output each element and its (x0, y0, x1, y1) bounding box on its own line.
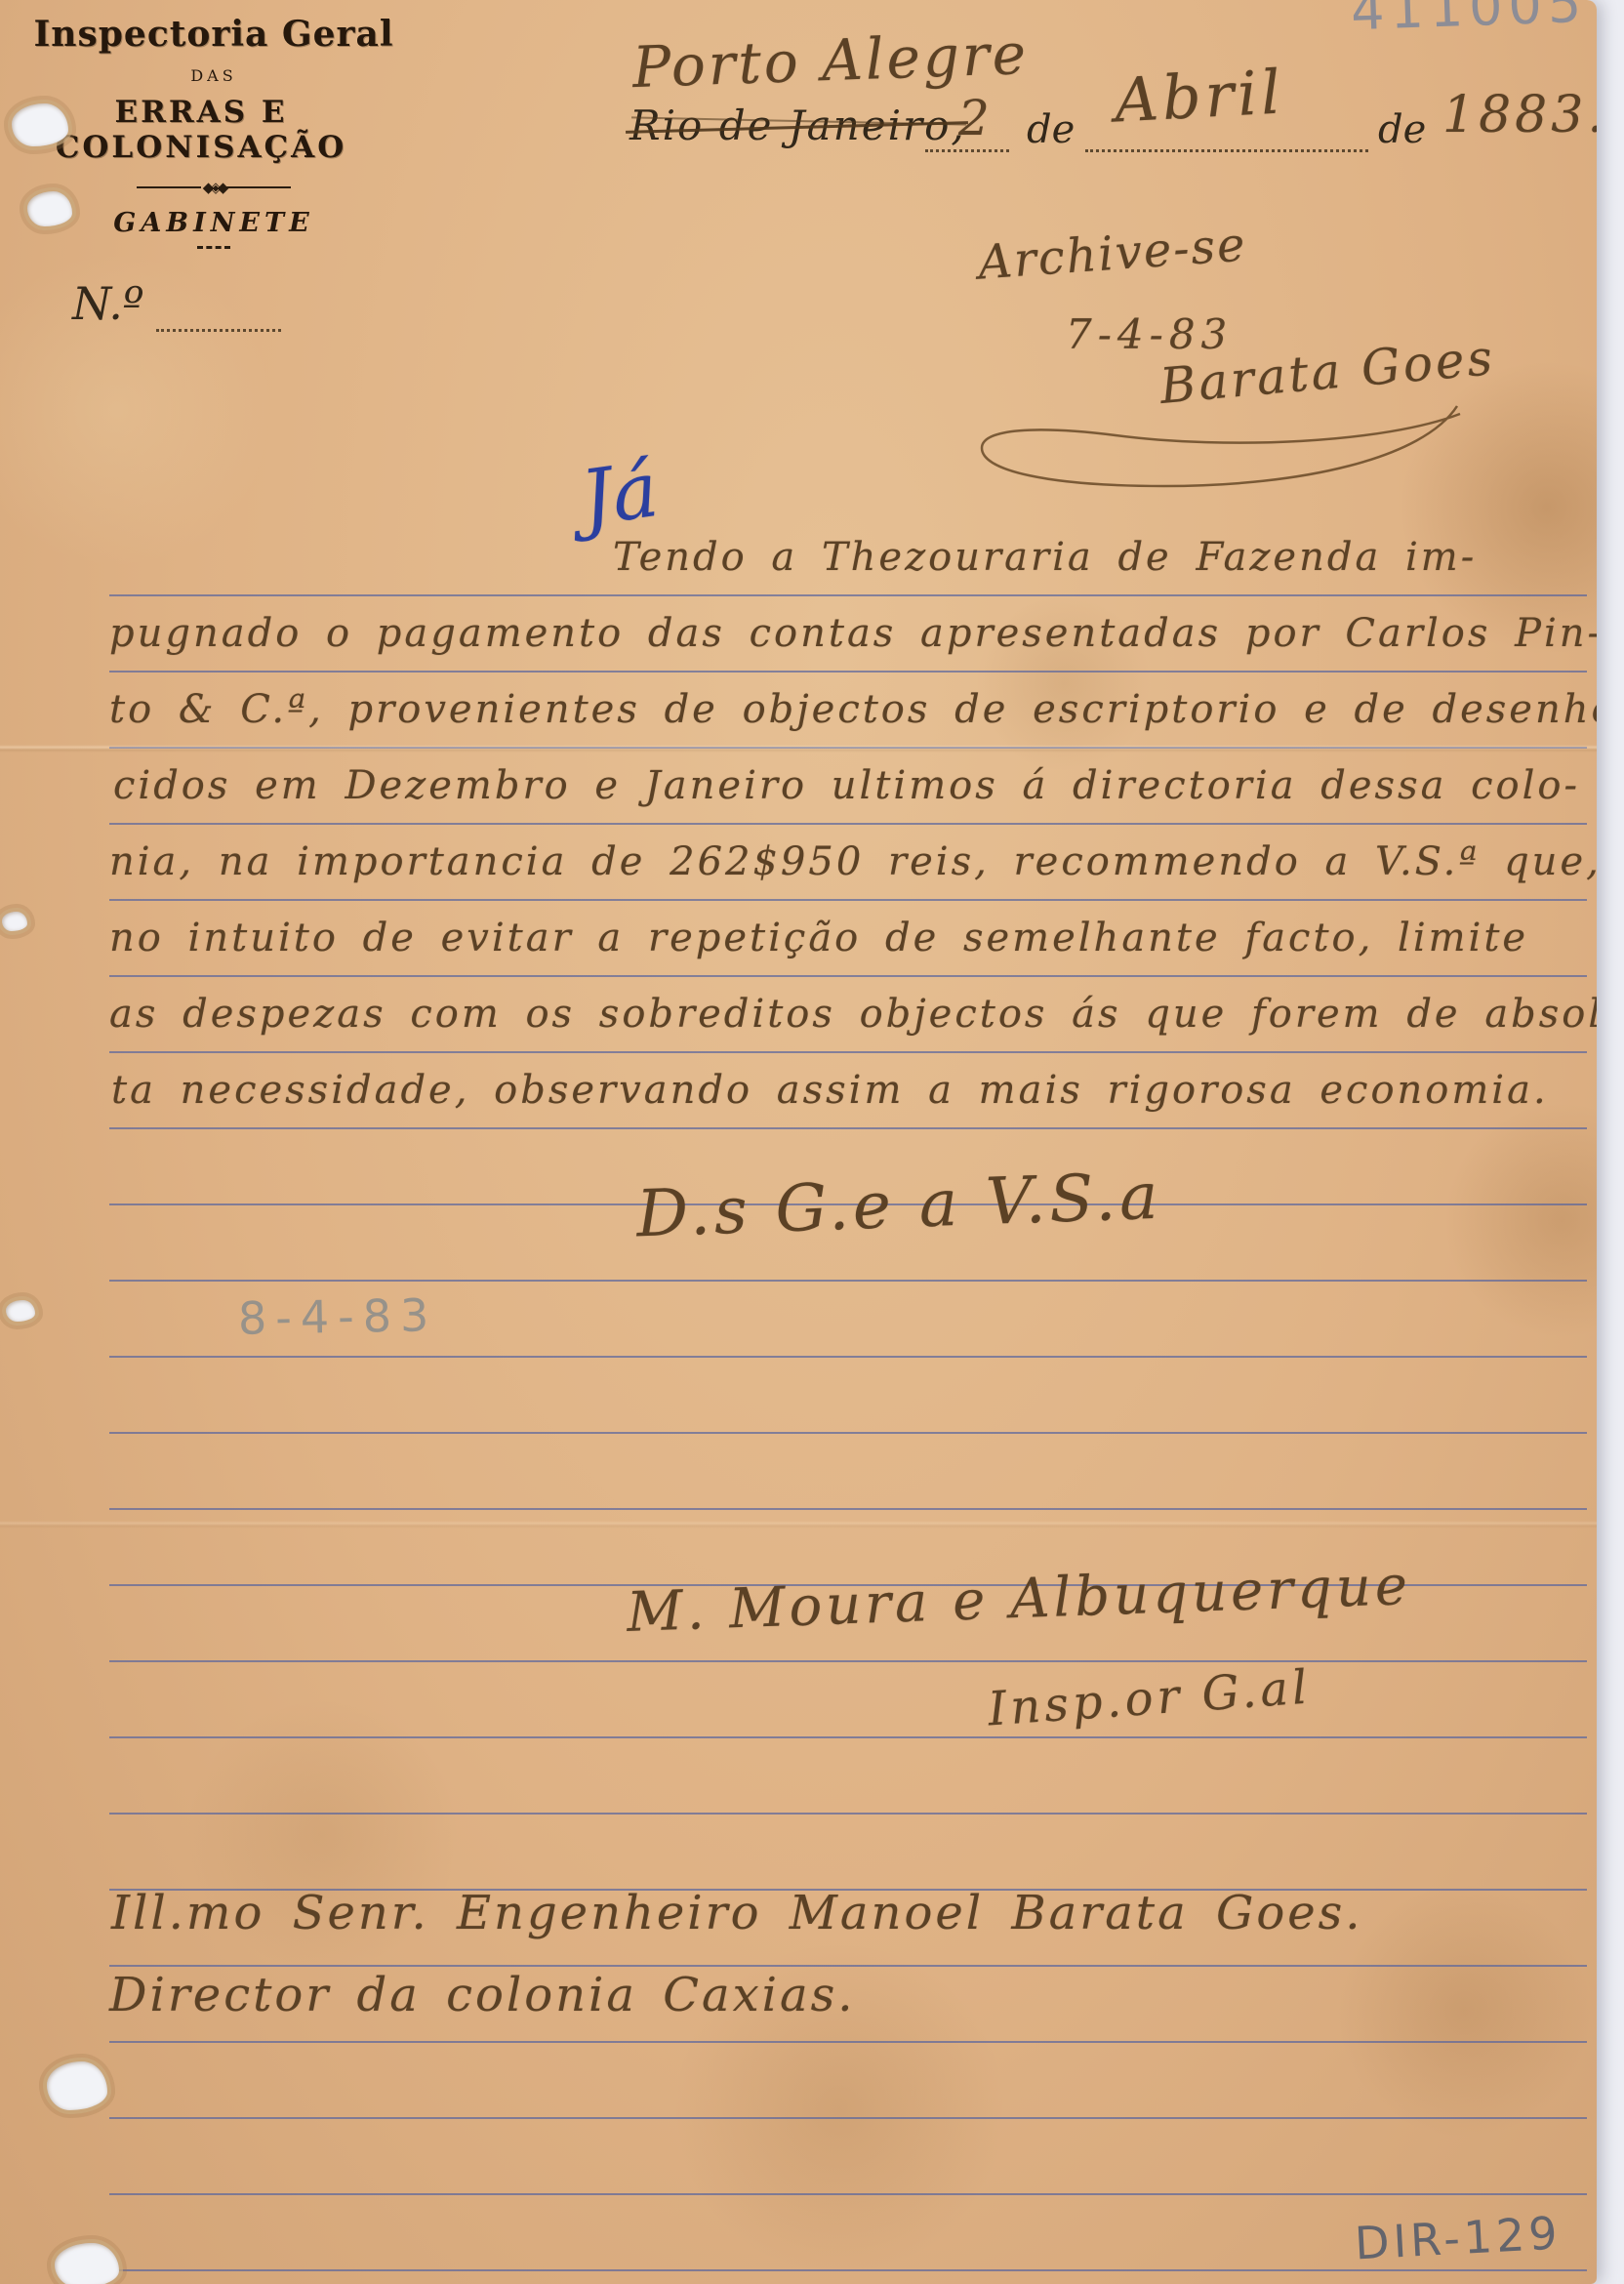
dateline-day: 2 (958, 90, 990, 146)
archive-note-date: 7-4-83 (1066, 310, 1233, 358)
body-line: Tendo a Thezouraria de Fazenda im- (613, 535, 1477, 580)
archival-code: DIR-129 (1354, 2207, 1563, 2270)
dateline-city-printed: Rio de Janeiro, (629, 102, 966, 149)
dateline-year: 1883. (1442, 86, 1597, 144)
body-line: no intuito de evitar a repetição de seme… (109, 916, 1528, 960)
pencil-date: 8-4-83 (238, 1288, 438, 1345)
archive-corner-number: 411005 (1350, 0, 1588, 42)
letterhead-title: Inspectoria Geral (0, 14, 427, 55)
fold-crease (0, 745, 1597, 753)
dateline-city-handwritten: Porto Alegre (631, 20, 1030, 101)
signature-flourish (964, 388, 1472, 506)
number-field-rule (156, 328, 281, 332)
dateline-de-2: de (1378, 107, 1426, 152)
paper-hole (6, 1300, 35, 1322)
dateline-month: Abril (1113, 57, 1285, 137)
document-page: Inspectoria Geral DAS ERRAS E COLONISAÇÃ… (0, 0, 1597, 2284)
paper-hole (55, 2243, 119, 2284)
addressee-name: Ill.mo Senr. Engenheiro Manoel Barata Go… (111, 1886, 1363, 1940)
paper-hole (47, 2061, 107, 2110)
body-line: pugnado o pagamento das contas apresenta… (109, 611, 1597, 656)
letterhead-squiggle (197, 246, 230, 249)
number-field-label: N.º (72, 277, 144, 330)
blue-ink-note: Já (576, 446, 664, 544)
body-line: as despezas com os sobreditos objectos á… (109, 992, 1597, 1037)
paper-hole (2, 912, 27, 931)
dateline-rule-2 (1085, 148, 1368, 152)
body-line: to & C.ª, provenientes de objectos de es… (109, 687, 1597, 732)
scanned-letter-1883: Inspectoria Geral DAS ERRAS E COLONISAÇÃ… (0, 0, 1624, 2284)
dateline-rule-1 (925, 148, 1009, 152)
paper-hole (12, 103, 68, 146)
archive-note: Archive-se (976, 217, 1248, 290)
paper-hole (27, 191, 72, 226)
dateline-de-1: de (1027, 107, 1075, 152)
body-line: ta necessidade, observando assim a mais … (111, 1068, 1549, 1113)
letterhead-das: DAS (0, 66, 427, 85)
fold-crease (0, 1521, 1597, 1529)
body-line: nia, na importancia de 262$950 reis, rec… (109, 839, 1597, 884)
body-line: cidos em Dezembro e Janeiro ultimos á di… (113, 763, 1580, 808)
addressee-title: Director da colonia Caxias. (109, 1968, 856, 2022)
letterhead-ornament: ◆◈◆ (0, 179, 427, 196)
